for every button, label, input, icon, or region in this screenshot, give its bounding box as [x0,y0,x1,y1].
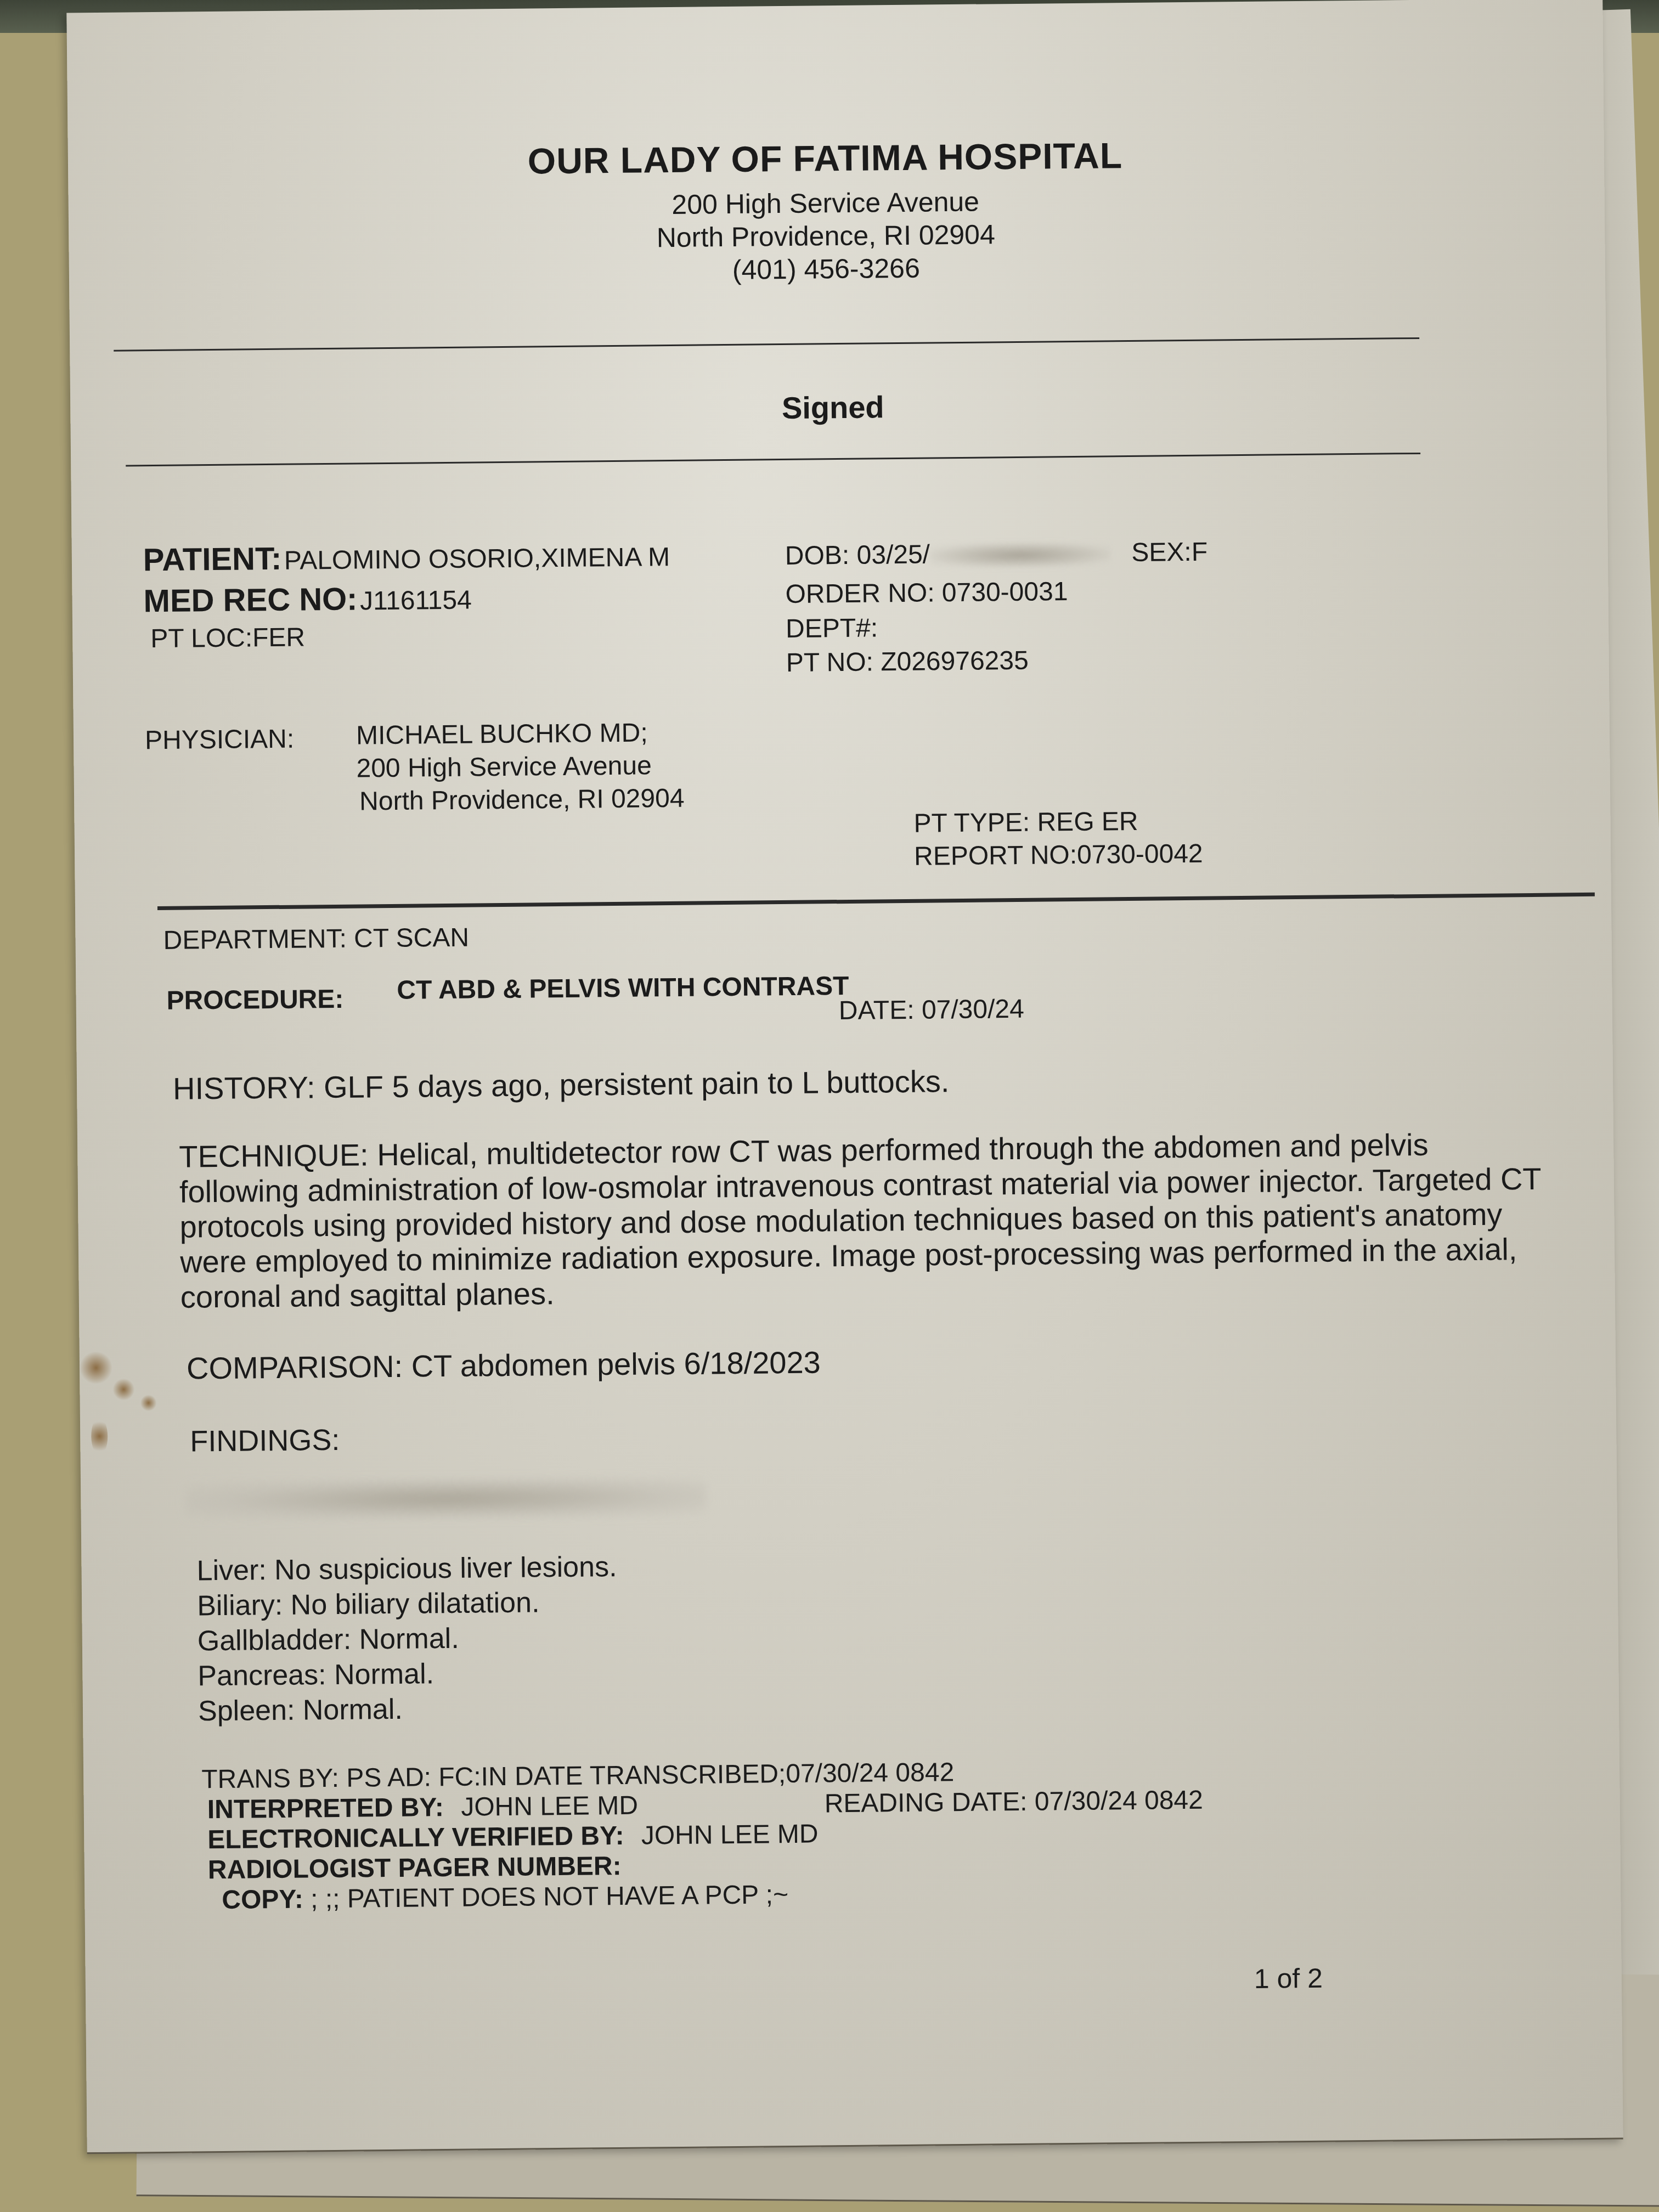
department: DEPARTMENT: CT SCAN [163,923,469,956]
comparison: COMPARISON: CT abdomen pelvis 6/18/2023 [187,1344,821,1386]
stain-mark [140,1395,157,1411]
patient-name: PALOMINO OSORIO,XIMENA M [284,543,670,575]
finding-liver: Liver: No suspicious liver lesions. [196,1549,617,1588]
finding-spleen: Spleen: Normal. [198,1690,618,1729]
interpreted-label: INTERPRETED BY: [207,1793,444,1824]
finding-pancreas: Pancreas: Normal. [198,1655,618,1694]
status-badge: Signed [66,382,1606,433]
technique: TECHNIQUE: Helical, multidetector row CT… [179,1126,1552,1315]
stain-mark [80,1351,113,1385]
stain-mark [112,1378,134,1400]
patient-row: PATIENT: PALOMINO OSORIO,XIMENA M [143,537,670,578]
history: HISTORY: GLF 5 days ago, persistent pain… [173,1063,950,1107]
procedure-label: PROCEDURE: [166,984,343,1016]
stain-mark [91,1417,108,1455]
dob-label: DOB: [785,541,850,571]
physician-address-line2: North Providence, RI 02904 [359,783,685,817]
physician-address-line1: 200 High Service Avenue [356,751,652,783]
report-page: OUR LADY OF FATIMA HOSPITAL 200 High Ser… [66,0,1623,2154]
verified-label: ELECTRONICALLY VERIFIED BY: [207,1821,624,1854]
dob-row: DOB: 03/25/ SEX:F [785,537,1208,571]
dept-number: DEPT#: [786,613,878,644]
copy-text: ; ;; PATIENT DOES NOT HAVE A PCP ;~ [303,1880,789,1914]
section-divider [157,893,1595,910]
report-number: REPORT NO:0730-0042 [914,839,1203,872]
page-number: 1 of 2 [1254,1962,1323,1995]
pt-number: PT NO: Z026976235 [786,646,1029,678]
dob-redacted-block [930,543,1111,568]
finding-gallbladder: Gallbladder: Normal. [198,1620,618,1658]
procedure-name: CT ABD & PELVIS WITH CONTRAST [397,971,849,1006]
med-rec-row: MED REC NO: J1161154 [143,579,472,619]
pt-location: PT LOC:FER [150,622,305,654]
finding-biliary: Biliary: No biliary dilatation. [197,1584,617,1623]
interpreted-row: INTERPRETED BY: JOHN LEE MD [207,1791,639,1825]
sex-field: SEX:F [1131,538,1207,567]
hospital-name: OUR LADY OF FATIMA HOSPITAL [66,130,1604,187]
findings-redacted-line [185,1477,707,1520]
order-number: ORDER NO: 0730-0031 [785,577,1068,610]
copy-row: COPY: ; ;; PATIENT DOES NOT HAVE A PCP ;… [222,1880,788,1915]
header-divider [114,337,1419,352]
med-rec-number: J1161154 [360,585,472,616]
findings-list: Liver: No suspicious liver lesions. Bili… [196,1549,618,1729]
reading-date: READING DATE: 07/30/24 0842 [824,1785,1203,1819]
pager-label: RADIOLOGIST PAGER NUMBER: [208,1851,622,1885]
exam-date: DATE: 07/30/24 [839,994,1024,1026]
patient-type: PT TYPE: REG ER [913,806,1138,839]
copy-label: COPY: [222,1885,303,1915]
status-divider [126,453,1420,467]
findings-label: FINDINGS: [190,1423,340,1459]
patient-label: PATIENT: [143,541,282,578]
physician-label: PHYSICIAN: [145,724,295,756]
interpreted-by: JOHN LEE MD [461,1791,638,1822]
physician-name: MICHAEL BUCHKO MD; [356,718,648,751]
dob-value: 03/25/ [856,540,930,569]
verified-row: ELECTRONICALLY VERIFIED BY: JOHN LEE MD [207,1819,819,1855]
med-rec-label: MED REC NO: [143,581,357,619]
verified-by: JOHN LEE MD [641,1820,819,1850]
